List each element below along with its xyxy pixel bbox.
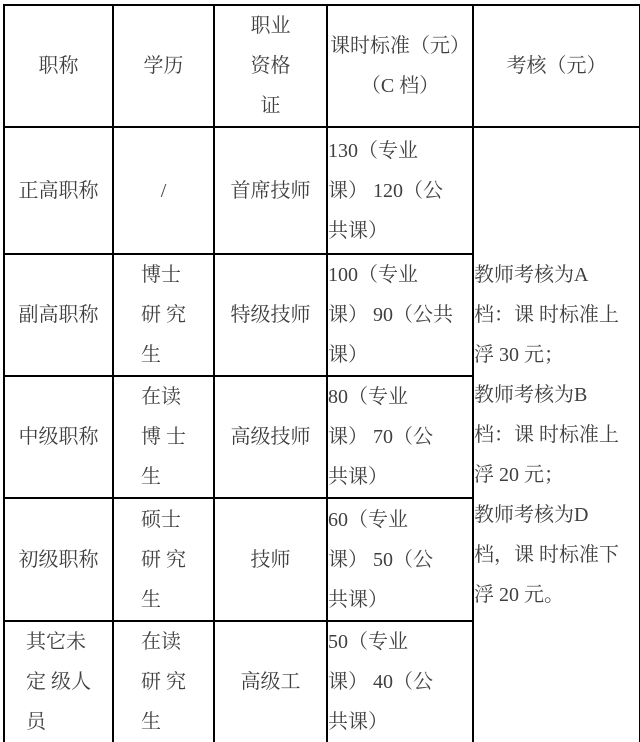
cell-title-5: 其它未 定 级人 员 [4, 621, 113, 742]
cell-certificate-3: 高级技师 [214, 376, 327, 498]
cell-education-4: 硕士 研 究 生 [113, 498, 214, 621]
cell-title-1: 正高职称 [4, 127, 113, 254]
header-education: 学历 [113, 5, 214, 127]
education-text: 在读 研 究 生 [141, 622, 186, 742]
cell-rate-5: 50（专业 课） 40（公 共课） [327, 621, 473, 742]
cell-title-3: 中级职称 [4, 376, 113, 498]
header-title: 职称 [4, 5, 113, 127]
cell-certificate-1: 首席技师 [214, 127, 327, 254]
header-row: 职称 学历 职业 资格 证 课时标准（元） （C 档） 考核（元） [4, 5, 640, 127]
assessment-note-cell: 教师考核为A 档：课 时标准上 浮 30 元； 教师考核为B 档：课 时标准上 … [473, 127, 640, 742]
education-text: 在读 博 士 生 [141, 377, 186, 497]
cell-education-2: 博士 研 究 生 [113, 254, 214, 376]
table-row: 正高职称 / 首席技师 130（专业 课） 120（公 共课） 教师考核为A 档… [4, 127, 640, 254]
cell-rate-1: 130（专业 课） 120（公 共课） [327, 127, 473, 254]
header-certificate: 职业 资格 证 [214, 5, 327, 127]
education-text: 硕士 研 究 生 [141, 500, 186, 620]
cell-rate-3: 80（专业 课） 70（公 共课） [327, 376, 473, 498]
header-assessment: 考核（元） [473, 5, 640, 127]
cell-education-5: 在读 研 究 生 [113, 621, 214, 742]
cell-certificate-4: 技师 [214, 498, 327, 621]
cell-education-1: / [113, 127, 214, 254]
course-rate-table: 职称 学历 职业 资格 证 课时标准（元） （C 档） 考核（元） 正高职称 /… [3, 4, 640, 742]
cell-rate-2: 100（专业 课） 90（公共 课） [327, 254, 473, 376]
cell-certificate-2: 特级技师 [214, 254, 327, 376]
cell-certificate-5: 高级工 [214, 621, 327, 742]
document-page: 职称 学历 职业 资格 证 课时标准（元） （C 档） 考核（元） 正高职称 /… [0, 0, 640, 742]
cell-education-3: 在读 博 士 生 [113, 376, 214, 498]
title-text: 其它未 定 级人 员 [26, 622, 91, 742]
education-text: 博士 研 究 生 [141, 255, 186, 375]
cell-rate-4: 60（专业 课） 50（公 共课） [327, 498, 473, 621]
header-rate: 课时标准（元） （C 档） [327, 5, 473, 127]
cell-title-4: 初级职称 [4, 498, 113, 621]
cell-title-2: 副高职称 [4, 254, 113, 376]
